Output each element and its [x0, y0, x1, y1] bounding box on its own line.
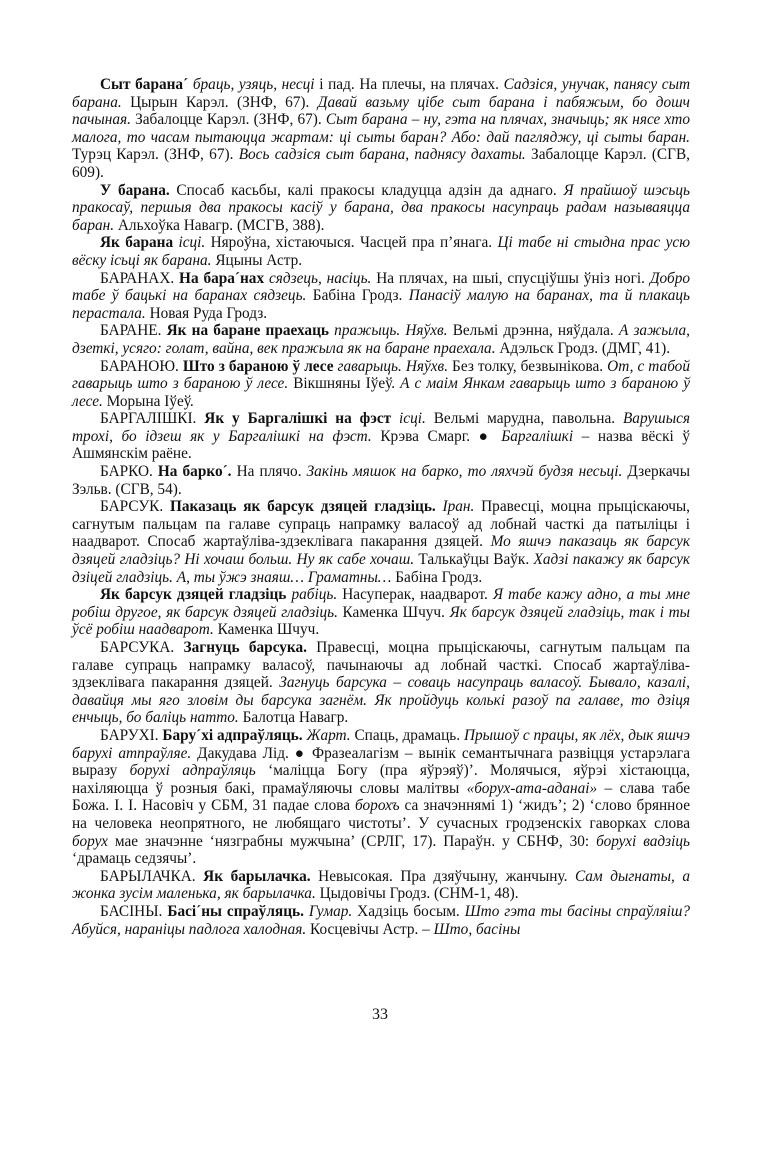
text: Спосаб касьбы, калі пракосы кладуцца адз… [170, 182, 564, 199]
text: Альхоўка Навагр. (МСГВ, 388). [114, 217, 324, 234]
headword: Бару´хі адпраўляць. [162, 727, 302, 744]
italic-text: сядзець, насіць. [269, 270, 371, 287]
headword: Сыт барана´ [100, 76, 188, 93]
text: Каменка Шчуч. [338, 604, 450, 621]
dictionary-page: Сыт барана´ браць, узяць, несці і пад. Н… [72, 76, 690, 938]
text: Цырын Карэл. (ЗНФ, 67). [122, 94, 318, 111]
headword: Загнуць барсука. [184, 639, 307, 656]
dictionary-entry: У барана. Спосаб касьбы, калі пракосы кл… [72, 182, 690, 235]
text: Хадзіць босым. [352, 903, 464, 920]
dictionary-entry: БАРКО. На барко´. На плячо. Закінь мяшок… [72, 463, 690, 498]
text: Няроўна, хістаючыся. Часцей пра п’янага. [205, 234, 497, 251]
text: БАРГАЛІШКІ. [100, 410, 204, 427]
italic-text: пражыць. Няўхв. [334, 322, 447, 339]
text: БАРКО. [100, 463, 158, 480]
text: Яцыны Астр. [212, 252, 303, 269]
italic-text: ісці. [399, 410, 426, 427]
text: БАРУХІ. [100, 727, 162, 744]
dictionary-entry: Як барсук дзяцей гладзіць рабіць. Насупе… [72, 586, 690, 639]
headword: Паказаць як барсук дзяцей гладзіць. [170, 498, 436, 515]
text: БАРСУКА. [100, 639, 184, 656]
text: Забалоцце Карэл. (ЗНФ, 67). [131, 111, 326, 128]
italic-text: борухі вадзіць [596, 833, 690, 850]
text: Бабіна Гродз. [306, 287, 408, 304]
italic-text: Іран. [443, 498, 475, 515]
dictionary-entry: БАРАНЕ. Як на баране праехаць пражыць. Н… [72, 322, 690, 357]
text: Балотца Навагр. [239, 709, 349, 726]
text: і пад. На плечы, на плячах. [315, 76, 504, 93]
text: На плячах, на шыі, спусціўшы ўніз ногі. [371, 270, 649, 287]
text: Новая Руда Гродз. [146, 305, 267, 322]
italic-text: Што, басіны [434, 921, 521, 938]
headword: На барко´. [158, 463, 232, 480]
italic-text: Жарт. [306, 727, 350, 744]
headword: Як барсук дзяцей гладзіць [100, 586, 286, 603]
text: На плячо. [232, 463, 307, 480]
italic-text: Гумар. [309, 903, 352, 920]
italic-text: браць, узяць, несці [193, 76, 315, 93]
text: Цыдовічы Гродз. (СНМ-1, 48). [316, 885, 519, 902]
text: Вельмі марудна, павольна. [426, 410, 623, 427]
italic-text: борухі адпраўляць [130, 762, 256, 779]
italic-text: ісці. [178, 234, 205, 251]
text: Бабіна Гродз. [391, 569, 482, 586]
text [391, 410, 399, 427]
text: Талькаўцы Ваўк. [414, 551, 533, 568]
headword: Як барылачка. [203, 868, 310, 885]
text: Без толку, безвынікова. [448, 358, 607, 375]
dictionary-entry: БАСІНЫ. Басі´ны спраўляць. Гумар. Хадзіц… [72, 903, 690, 938]
dictionary-entry: БАРСУК. Паказаць як барсук дзяцей гладзі… [72, 498, 690, 586]
dictionary-entry: Як барана ісці. Няроўна, хістаючыся. Час… [72, 234, 690, 269]
text: Вельмі дрэнна, няўдала. [448, 322, 619, 339]
text [436, 498, 443, 515]
text: Спаць, драмаць. [351, 727, 464, 744]
text: БАРАНЕ. [100, 322, 167, 339]
dictionary-entry: БАРГАЛІШКІ. Як у Баргалішкі на фэст ісці… [72, 410, 690, 463]
italic-text: рабіць. [291, 586, 337, 603]
headword: Як на баране праехаць [167, 322, 329, 339]
italic-text: борух [72, 833, 108, 850]
text: Насуперак, наадварот. [337, 586, 493, 603]
headword: Як у Баргалішкі на фэст [204, 410, 391, 427]
text: Невысокая. Пра дзяўчыну, жанчыну. [311, 868, 575, 885]
text: ‘драмаць седзячы’. [72, 850, 196, 867]
italic-text: борохъ [355, 797, 399, 814]
dictionary-entry: БАРЫЛАЧКА. Як барылачка. Невысокая. Пра … [72, 868, 690, 903]
text: БАРЫЛАЧКА. [100, 868, 203, 885]
dictionary-entry: БАРАНАХ. На бара´нах сядзець, насіць. На… [72, 270, 690, 323]
headword: Як барана [100, 234, 173, 251]
italic-text: Вось садзіся сыт барана, паднясу дахаты. [239, 146, 526, 163]
text: БАРАНАХ. [100, 270, 179, 287]
text: Морына Іўеў. [103, 393, 194, 410]
dictionary-entry: Сыт барана´ браць, узяць, несці і пад. Н… [72, 76, 690, 182]
text: Вікшняны Іўеў. [288, 375, 400, 392]
text: Турэц Карэл. (ЗНФ, 67). [72, 146, 239, 163]
text: Адэльск Гродз. (ДМГ, 41). [496, 340, 671, 357]
text: Косцевічы Астр. – [306, 921, 433, 938]
italic-text: «борух-ата-аданаі» [467, 780, 598, 797]
italic-text: Баргалішкі [501, 428, 573, 445]
headword: Што з бараною ў лесе [183, 358, 334, 375]
italic-text: гаварыць. Няўхв. [338, 358, 448, 375]
page-number: 33 [0, 1006, 760, 1024]
headword: У барана. [100, 182, 170, 199]
dictionary-entry: БАРАНОЮ. Што з бараною ў лесе гаварыць. … [72, 358, 690, 411]
dictionary-entry: БАРСУКА. Загнуць барсука. Правесці, моцн… [72, 639, 690, 727]
text: БАСІНЫ. [100, 903, 167, 920]
headword: На бара´нах [179, 270, 264, 287]
text: Каменка Шчуч. [214, 621, 319, 638]
dictionary-entry: БАРУХІ. Бару´хі адпраўляць. Жарт. Спаць,… [72, 727, 690, 868]
italic-text: Закінь мяшок на барко, то ляхчэй будзя н… [307, 463, 623, 480]
text: БАРСУК. [100, 498, 170, 515]
text: Крэва Смарг. ● [372, 428, 502, 445]
headword: Басі´ны спраўляць. [167, 903, 304, 920]
text: мае значэнне ‘нязграбны мужчына’ (СРЛГ, … [108, 833, 596, 850]
text: БАРАНОЮ. [100, 358, 183, 375]
